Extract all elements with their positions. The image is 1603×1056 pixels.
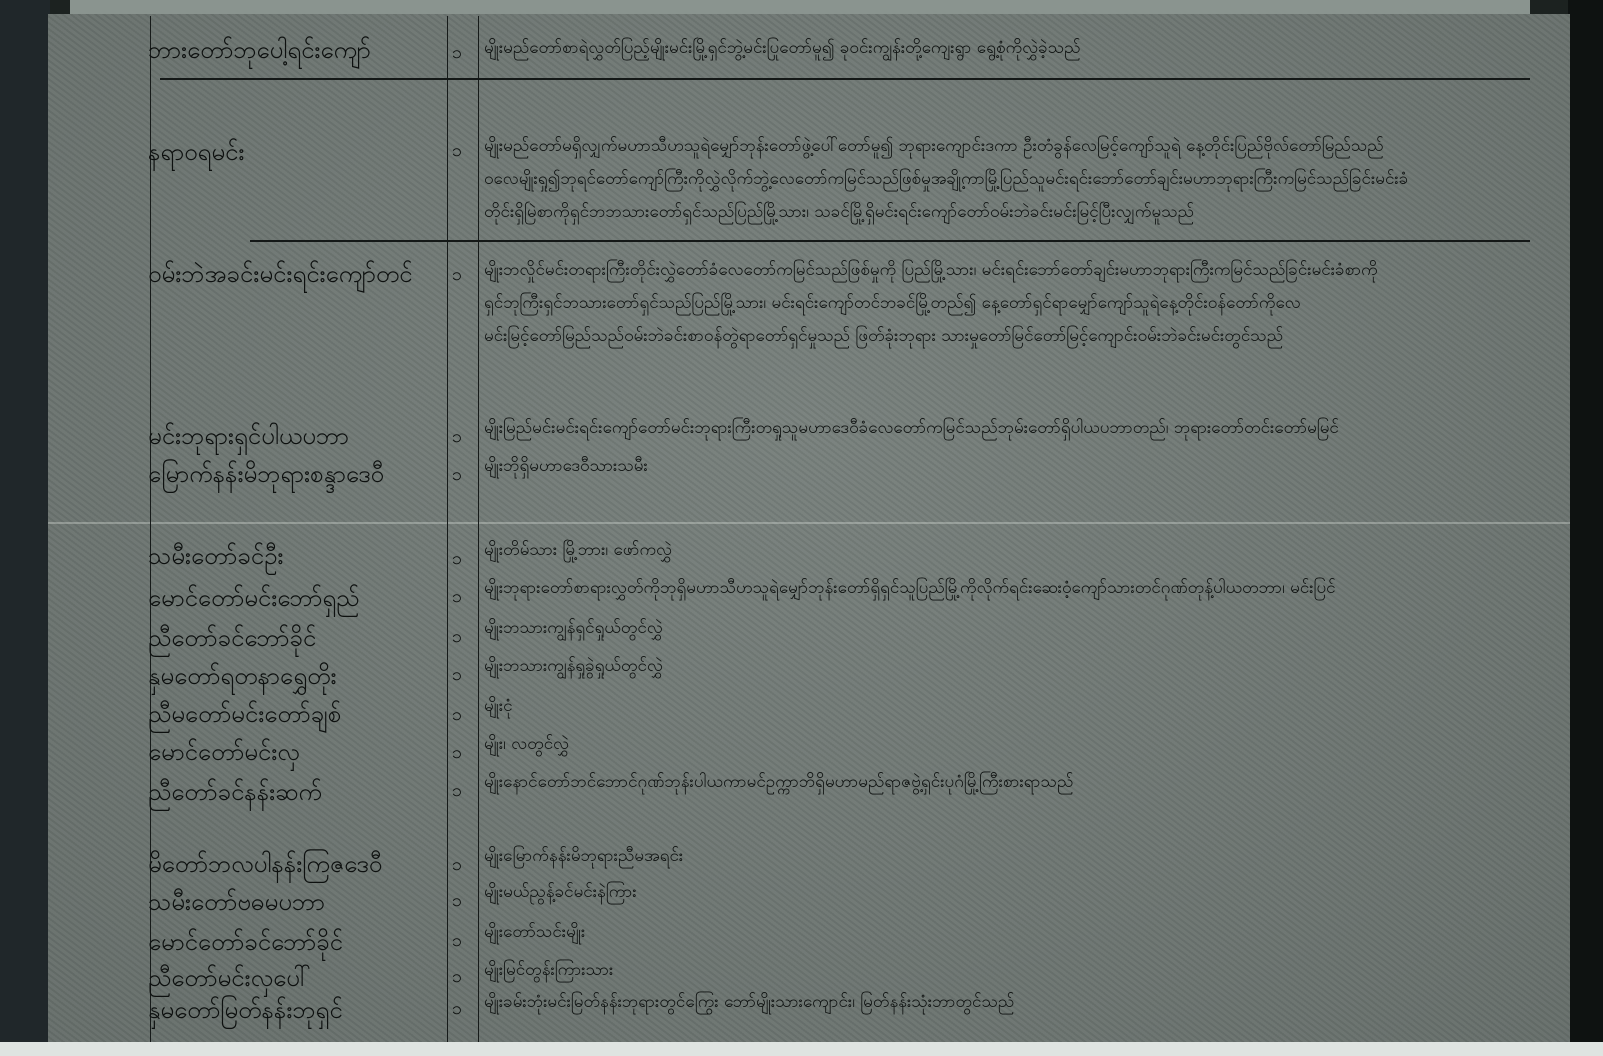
entry-description: မျိုးမည်တော်စာရဲလွှတ်ပြည့်မျိုးမင်းမြို့… — [484, 32, 1534, 65]
entry-number: ၁ — [452, 424, 462, 451]
entry-description: မျိုးမယ်ညွန့်ခင်မင်းနဲကြား — [484, 876, 1534, 909]
entry-description: မျိုး၊ လတွင်လွှဲ — [484, 728, 1534, 761]
entry-description: မျိုးမြင်တွန်းကြားသား — [484, 954, 1534, 987]
entry-description: မျိုးဘလှိုင်မင်းတရားကြီးတိုင်းလွှဲတော်ခံ… — [484, 254, 1534, 353]
entry-number: ၁ — [452, 662, 462, 689]
entry-number: ၁ — [452, 262, 462, 289]
entry-description: မျိုးတိမ်သား မြို့ဘား၊ ဖော်ကလွှဲ — [484, 534, 1534, 567]
entry-description: မျိုးမြည်မင်းမင်းရင်းကျော်တော်မင်းဘုရားက… — [484, 412, 1534, 445]
entry-name: ဝမ်းဘဲအခင်းမင်းရင်းကျော်တင် — [148, 258, 413, 294]
entry-number: ၁ — [452, 702, 462, 729]
entry-number: ၁ — [452, 928, 462, 955]
scan-left-border — [0, 0, 50, 1056]
row-divider-2 — [250, 240, 1530, 242]
entry-number: ၁ — [452, 138, 462, 165]
entry-name: မောင်တော်ခင်ဘော်ခိုင် — [148, 926, 343, 962]
entry-number: ၁ — [452, 996, 462, 1023]
entry-description: မျိုးမြောက်နန်းမိဘုရားညီမအရင်း — [484, 840, 1534, 873]
entry-number: ၁ — [452, 584, 462, 611]
entry-name: သမီးတော်ခင်ဦး — [148, 540, 284, 576]
paper-fold-line — [48, 522, 1570, 524]
entry-name: ညီတော်ခင်နန်းဆက် — [148, 776, 322, 812]
entry-number: ၁ — [452, 964, 462, 991]
entry-name: သမီးတော်ဗဓမပဘာ — [148, 886, 325, 922]
scan-bottom-edge — [0, 1042, 1603, 1056]
scan-top-edge — [70, 0, 1530, 14]
entry-name: ညီတော်မင်းလှပေါ် — [148, 962, 311, 998]
entry-name: နှမတော်ရတနာရွှေတိုး — [148, 660, 337, 696]
entry-name: မင်းဘုရားရှင်ပါယပဘာ — [148, 420, 349, 456]
entry-name: မောင်တော်မင်းဘော်ရှည် — [148, 582, 359, 618]
entry-description: မျိုးနောင်တော်ဘင်ဘောင်ဂုဏ်ဘုန်းပါယကာမင်ဥ… — [484, 766, 1534, 799]
entry-description: မျိုးဘသားကျွန်ရှင်ရှုယ်တွင်လွှဲ — [484, 612, 1534, 645]
text-column-rule — [478, 16, 479, 1042]
entry-number: ၁ — [452, 462, 462, 489]
entry-number: ၁ — [452, 888, 462, 915]
entry-number: ၁ — [452, 546, 462, 573]
entry-description: မျိုးဘုရားတော်စာရားလွှတ်ကိုဘုရှိမဟာသီဟသူ… — [484, 572, 1534, 605]
number-column-rule — [447, 16, 448, 1042]
row-divider-1 — [160, 78, 1530, 80]
entry-description: မျိုးမည်တော်မရှိလျှက်မဟာသီဟသူရဲမျှော်ဘုန… — [484, 130, 1534, 229]
entry-name: မိတော်ဘလပါနန်းကြဇဒေဝီ — [148, 848, 382, 884]
entry-name: ညီမတော်မင်းတော်ချစ် — [148, 698, 341, 734]
scan-right-border — [1568, 0, 1603, 1056]
entry-number: ၁ — [452, 40, 462, 67]
entry-number: ၁ — [452, 852, 462, 879]
entry-name: မြောက်နန်းမိဘုရားစန္ဒာဒေဝီ — [148, 458, 384, 494]
entry-description: မျိုးဘိုရှိမဟာဒေဝီသားသမီး — [484, 450, 1534, 483]
entry-description: မျိုးဘသားကျွန်ရှုခွဲရှုယ်တွင်လွှဲ — [484, 650, 1534, 683]
entry-name: နှမတော်မြတ်နန်းဘုရှင် — [148, 994, 343, 1030]
entry-number: ၁ — [452, 624, 462, 651]
entry-name: နရာဝရမင်း — [148, 136, 244, 172]
entry-description: မျိုးတော်သင်းမျိုး — [484, 916, 1534, 949]
entry-name: ဘားတော်ဘုပေါ့ရင်းကျော် — [148, 34, 371, 70]
entry-description: မျိုးခမ်းဘုံးမင်းမြတ်နန်းဘုရားတွင်ကြွေး … — [484, 986, 1534, 1019]
entry-name: မောင်တော်မင်းလှ — [148, 736, 300, 772]
entry-number: ၁ — [452, 740, 462, 767]
entry-number: ၁ — [452, 778, 462, 805]
entry-description: မျိုးငုံ — [484, 690, 1534, 723]
entry-name: ညီတော်ခင်ဘော်ခိုင် — [148, 622, 316, 658]
